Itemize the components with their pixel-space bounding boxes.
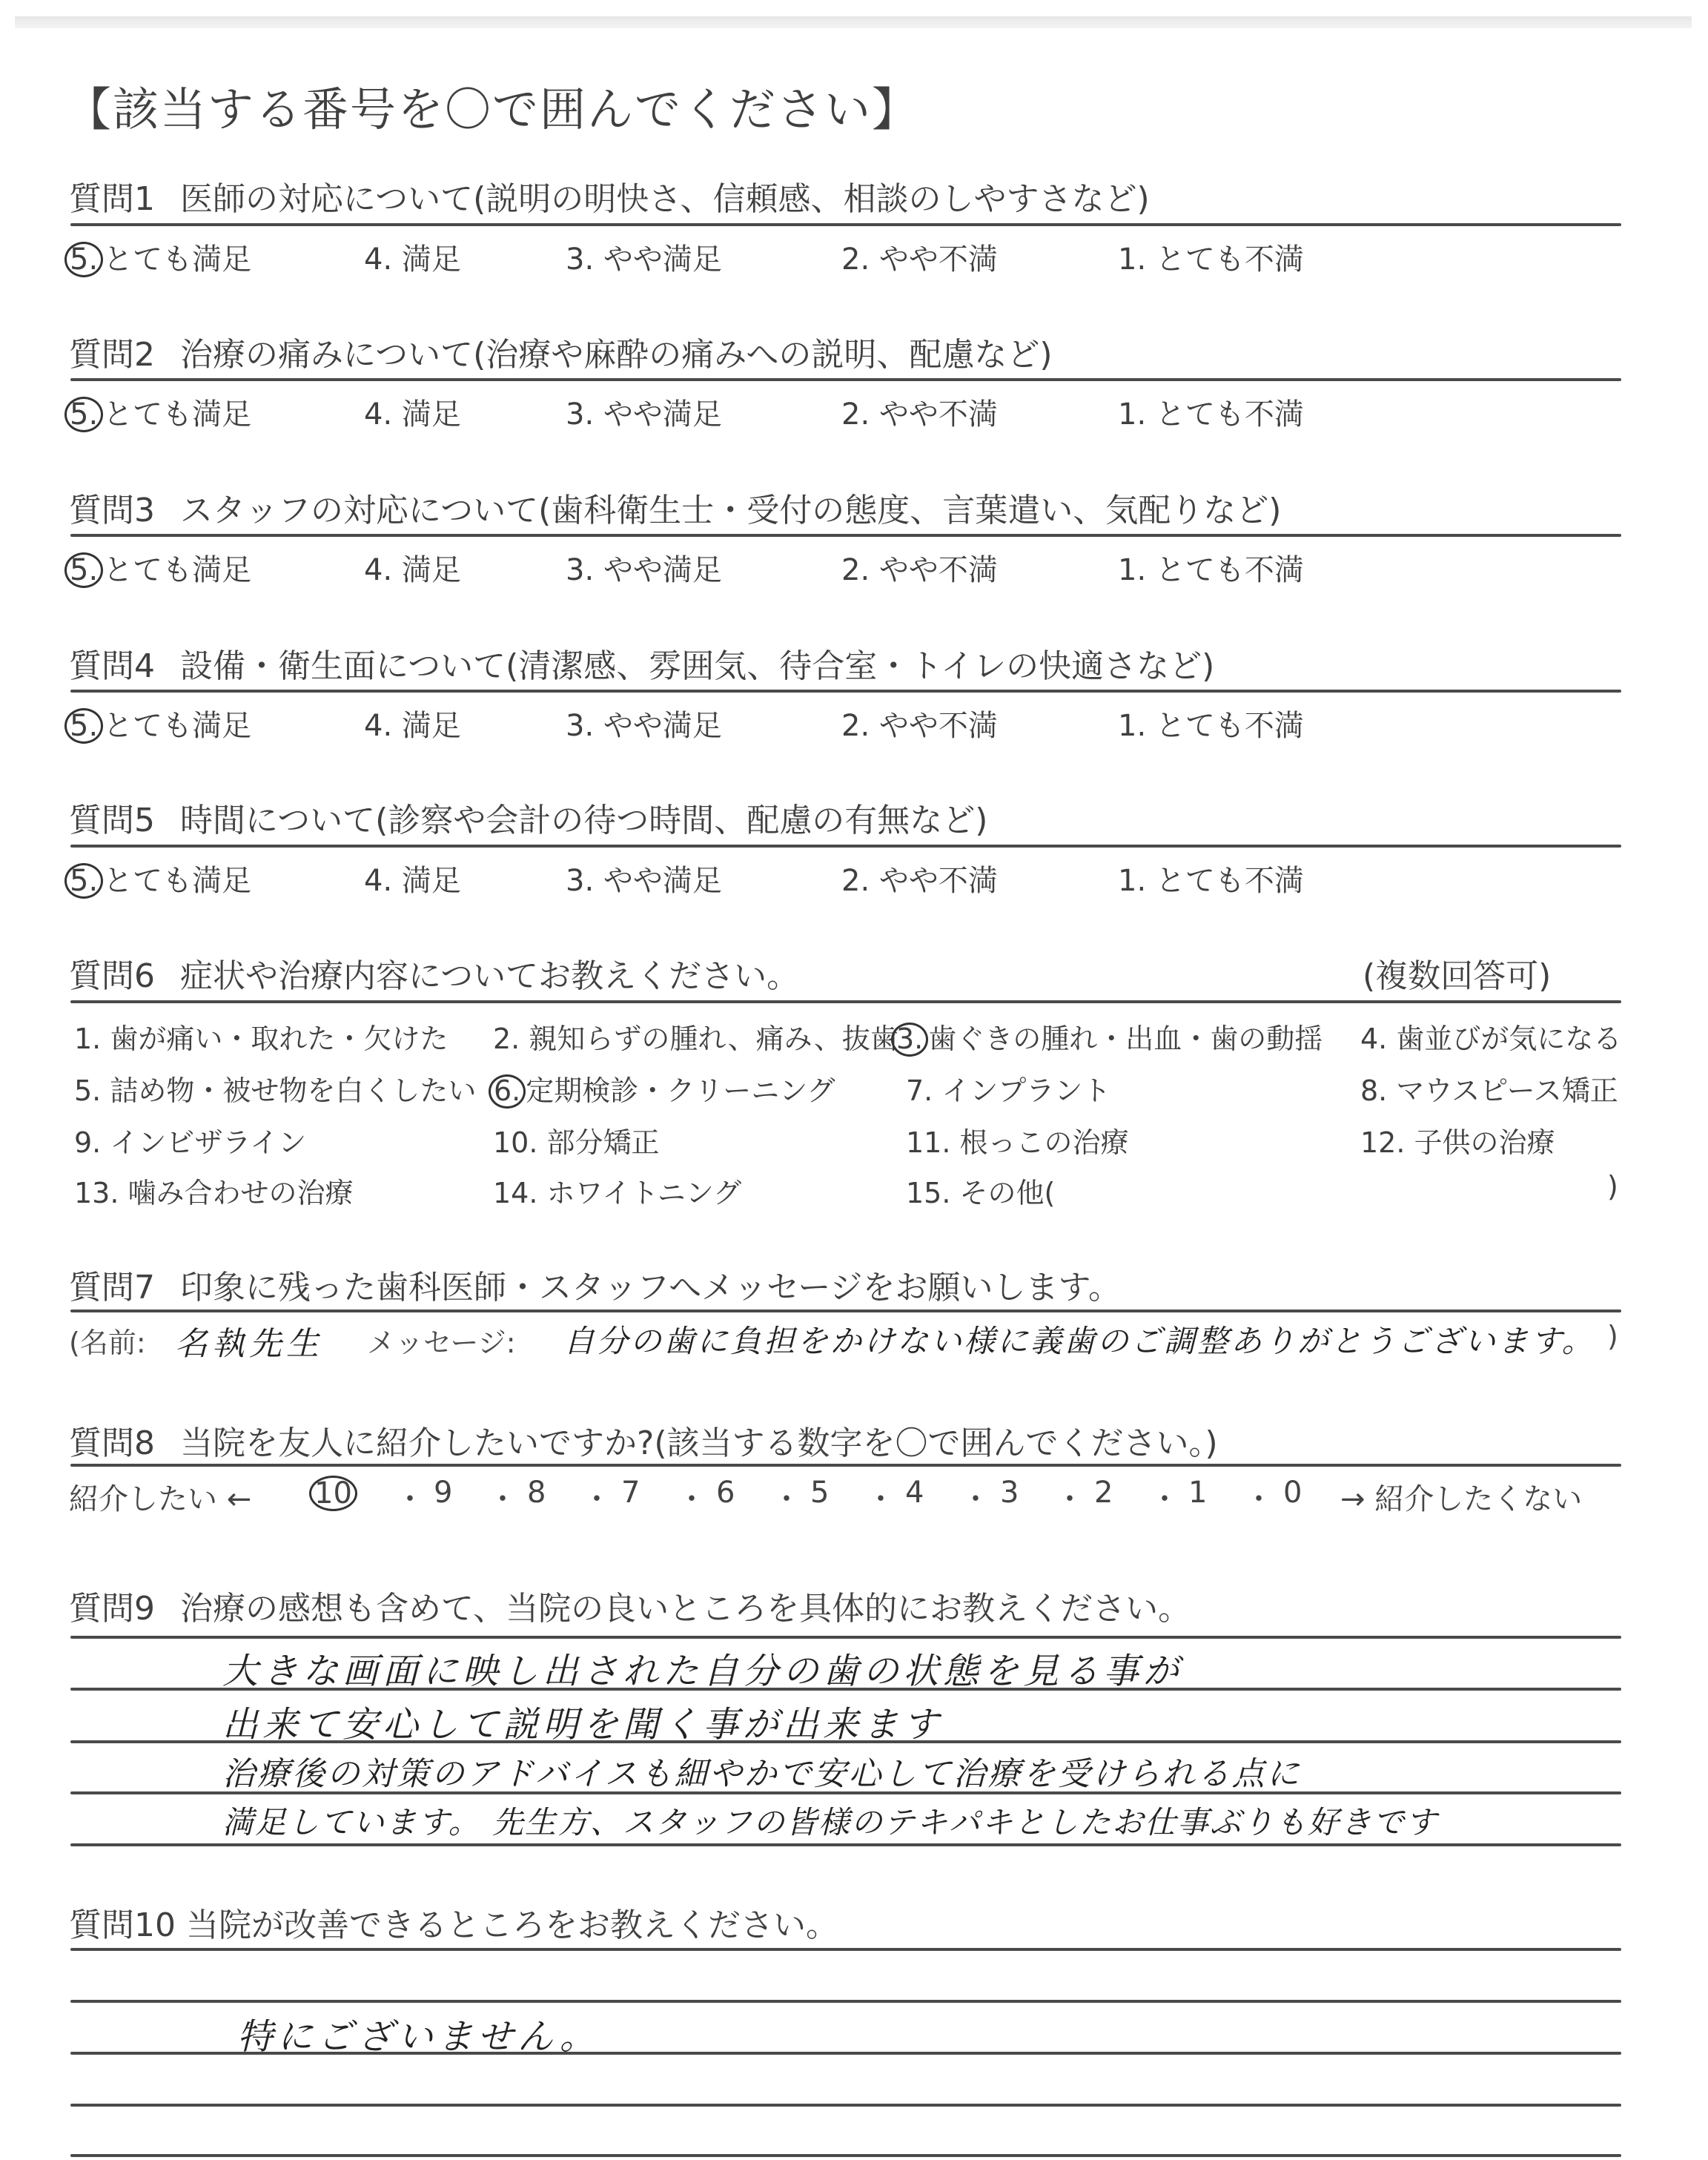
option-1[interactable]: 1. とても不満 [1118,391,1304,433]
scale-3[interactable]: 3 [1000,1476,1019,1510]
message-value[interactable]: 自分の歯に負担をかけない様に義歯のご調整ありがとうございます。 [563,1317,1595,1361]
question-1-heading: 質問1医師の対応について(説明の明快さ、信頼感、相談のしやすさなど) [69,172,1150,219]
option-label: とても満足 [103,397,251,432]
question-number: 質問5 [69,802,155,839]
question-2-heading: 質問2治療の痛みについて(治療や麻酔の痛みへの説明、配慮など) [69,328,1053,375]
answer-line [70,2104,1621,2107]
option-1[interactable]: 1. とても不満 [1118,236,1304,278]
question-text: 当院が改善できるところをお教えください。 [186,1906,838,1944]
question-7-heading: 質問7印象に残った歯科医師・スタッフへメッセージをお願いします。 [69,1261,1121,1308]
question-text: 設備・衛生面について(清潔感、雰囲気、待合室・トイレの快適さなど) [180,647,1214,685]
option-4[interactable]: 4. 満足 [364,391,461,433]
option-3[interactable]: 3. やや満足 [566,857,722,899]
answer-line [70,1843,1621,1846]
scale-6[interactable]: 6 [716,1476,735,1510]
divider [70,534,1621,537]
option-3[interactable]: 3. やや満足 [566,702,722,744]
question-text: 医師の対応について(説明の明快さ、信頼感、相談のしやすさなど) [180,180,1150,218]
question-9-heading: 質問9治療の感想も含めて、当院の良いところを具体的にお教えください。 [69,1582,1191,1629]
scale-9[interactable]: 9 [434,1476,452,1510]
scale-7[interactable]: 7 [621,1476,640,1510]
question-text: 時間について(診察や会計の待つ時間、配慮の有無など) [180,802,987,839]
option-1[interactable]: 1. とても不満 [1118,546,1304,589]
option-5-selected[interactable]: 5. [64,397,103,432]
name-label: (名前: [69,1320,146,1361]
option-1[interactable]: 1. とても不満 [1118,857,1304,899]
question-4-heading: 質問4設備・衛生面について(清潔感、雰囲気、待合室・トイレの快適さなど) [69,639,1214,687]
scale-4[interactable]: 4 [905,1476,924,1510]
option-2[interactable]: 2. やや不満 [841,857,998,899]
option-1[interactable]: 1. とても不満 [1118,702,1304,744]
scale-2[interactable]: 2 [1094,1476,1113,1510]
question-number: 質問2 [69,336,155,374]
divider [70,1000,1621,1003]
scale-left-label: 紹介したい ← [69,1476,251,1518]
scale-8[interactable]: 8 [527,1476,546,1510]
option-4[interactable]: 4. 満足 [364,857,461,899]
q6-item-7[interactable]: 7. インプラント [906,1068,1110,1109]
question-number: 質問1 [69,180,155,218]
answer-line [70,1948,1621,1951]
q6-item-3-selected[interactable]: 3.歯ぐきの腫れ・出血・歯の動揺 [896,1016,1323,1057]
option-label: とても満足 [103,553,251,587]
message-label: メッセージ: [367,1320,516,1361]
answer-line [70,1688,1621,1691]
multiple-answers-note: (複数回答可) [1363,949,1551,997]
option-4[interactable]: 4. 満足 [364,702,461,744]
divider [70,1309,1621,1312]
answer-line [70,1636,1621,1639]
question-number: 質問10 [69,1906,176,1944]
scale-right-label: → 紹介したくない [1340,1476,1582,1518]
answer-line [70,2052,1621,2055]
scale-5[interactable]: 5 [810,1476,829,1510]
divider [70,690,1621,693]
question-text: 治療の痛みについて(治療や麻酔の痛みへの説明、配慮など) [180,336,1053,374]
question-text: 印象に残った歯科医師・スタッフへメッセージをお願いします。 [180,1269,1121,1307]
q6-item-13[interactable]: 13. 噛み合わせの治療 [74,1170,354,1211]
question-6-heading: 質問6症状や治療内容についてお教えください。 [69,949,799,997]
q6-other-close-paren: ) [1607,1170,1618,1203]
question-number: 質問8 [69,1424,155,1462]
option-5-selected[interactable]: 5. [64,708,103,744]
divider [70,223,1621,226]
option-5-selected[interactable]: 5. [64,552,103,588]
question-text: 治療の感想も含めて、当院の良いところを具体的にお教えください。 [180,1590,1191,1628]
q6-item-2[interactable]: 2. 親知らずの腫れ、痛み、抜歯 [493,1016,898,1057]
answer-line [70,2154,1621,2157]
q6-item-14[interactable]: 14. ホワイトニング [493,1170,741,1211]
divider [70,845,1621,848]
option-3[interactable]: 3. やや満足 [566,546,722,589]
question-text: 当院を友人に紹介したいですか?(該当する数字を〇で囲んでください。) [180,1424,1218,1462]
question-number: 質問6 [69,957,155,995]
option-4[interactable]: 4. 満足 [364,236,461,278]
question-text: 症状や治療内容についてお教えください。 [180,957,799,995]
option-2[interactable]: 2. やや不満 [841,391,998,433]
option-5-selected[interactable]: 5. [64,242,103,277]
question-5-heading: 質問5時間について(診察や会計の待つ時間、配慮の有無など) [69,793,987,841]
q6-item-10[interactable]: 10. 部分矯正 [493,1120,660,1160]
question-number: 質問7 [69,1269,155,1307]
q6-item-1[interactable]: 1. 歯が痛い・取れた・欠けた [74,1016,448,1057]
scale-1[interactable]: 1 [1188,1476,1207,1510]
option-2[interactable]: 2. やや不満 [841,702,998,744]
q6-item-15-other[interactable]: 15. その他( [906,1170,1055,1211]
q6-item-8[interactable]: 8. マウスピース矯正 [1360,1068,1618,1109]
question-text: スタッフの対応について(歯科衛生士・受付の態度、言葉遣い、気配りなど) [180,492,1281,529]
divider [70,378,1621,381]
scan-top-edge [15,16,1692,28]
q6-item-5[interactable]: 5. 詰め物・被せ物を白くしたい [74,1068,476,1109]
message-close-paren: ) [1607,1320,1618,1353]
option-5-selected[interactable]: 5. [64,863,103,899]
option-3[interactable]: 3. やや満足 [566,236,722,278]
name-value[interactable]: 名執先生 [175,1317,323,1364]
option-4[interactable]: 4. 満足 [364,546,461,589]
q9-answer-line-3[interactable]: 治療後の対策のアドバイスも細やかで安心して治療を受けられる点に [222,1747,1302,1794]
question-number: 質問4 [69,647,155,685]
q9-answer-line-1[interactable]: 大きな画面に映し出された自分の歯の状態を見る事が [222,1642,1183,1694]
option-label: とても満足 [103,864,251,898]
answer-line [70,2000,1621,2003]
q9-answer-line-2[interactable]: 出来て安心して説明を聞く事が出来ます [222,1696,943,1747]
q6-item-9[interactable]: 9. インビザライン [74,1120,306,1160]
divider [70,1464,1621,1467]
question-number: 質問9 [69,1590,155,1628]
scale-10-selected[interactable]: 10 [309,1476,357,1511]
q9-answer-line-4[interactable]: 満足しています。 先生方、スタッフの皆様のテキパキとしたお仕事ぶりも好きです [222,1798,1438,1843]
question-number: 質問3 [69,492,155,529]
question-10-heading: 質問10当院が改善できるところをお教えください。 [69,1898,838,1946]
q6-item-11[interactable]: 11. 根っこの治療 [906,1120,1129,1160]
form-title: 【該当する番号を〇で囲んでください】 [65,73,919,139]
answer-line [70,1791,1621,1794]
option-label: とても満足 [103,242,251,277]
q6-item-6-selected[interactable]: 6.定期検診・クリーニング [493,1068,835,1109]
option-2[interactable]: 2. やや不満 [841,546,998,589]
question-3-heading: 質問3スタッフの対応について(歯科衛生士・受付の態度、言葉遣い、気配りなど) [69,483,1281,531]
answer-line [70,1740,1621,1743]
option-label: とても満足 [103,709,251,743]
option-3[interactable]: 3. やや満足 [566,391,722,433]
question-8-heading: 質問8当院を友人に紹介したいですか?(該当する数字を〇で囲んでください。) [69,1416,1218,1464]
option-2[interactable]: 2. やや不満 [841,236,998,278]
q6-item-12[interactable]: 12. 子供の治療 [1360,1120,1555,1160]
q6-item-4[interactable]: 4. 歯並びが気になる [1360,1016,1621,1057]
scale-0[interactable]: 0 [1283,1476,1302,1510]
